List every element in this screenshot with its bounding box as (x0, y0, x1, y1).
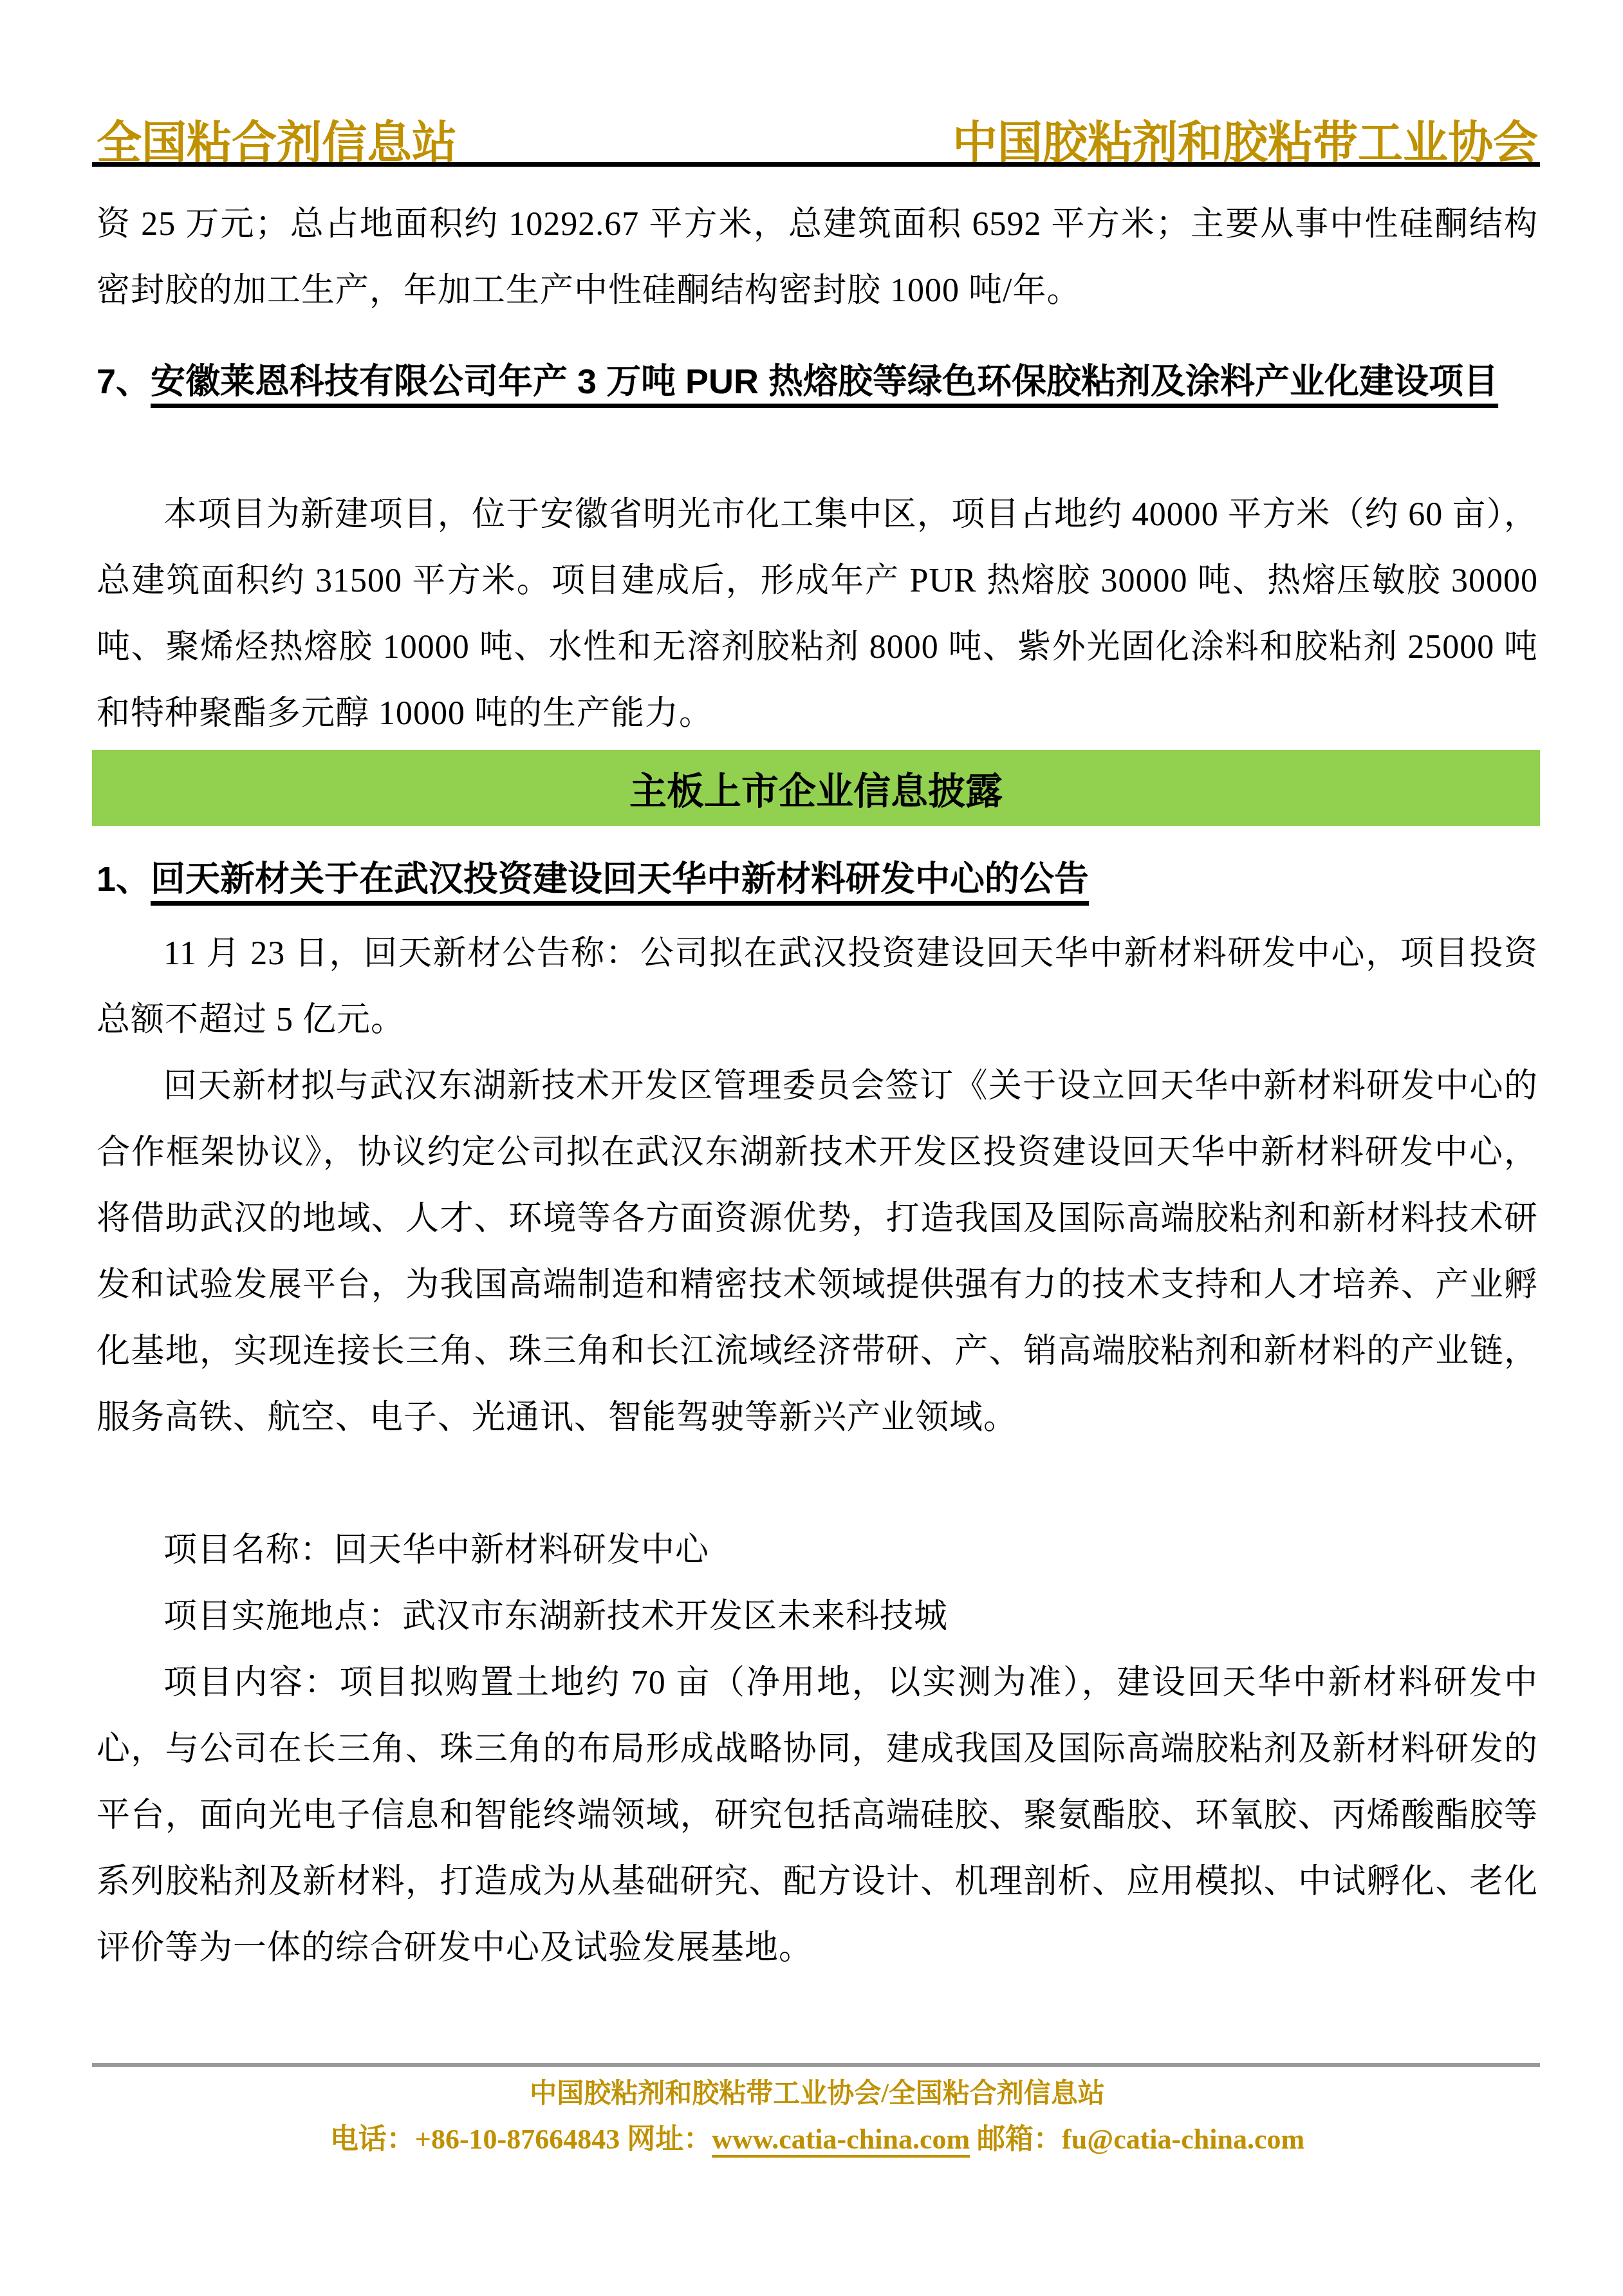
project-location-line: 项目实施地点：武汉市东湖新技术开发区未来科技城 (97, 1583, 1538, 1650)
section-7-body: 本项目为新建项目，位于安徽省明光市化工集中区，项目占地约 40000 平方米（约… (97, 481, 1538, 747)
project-content-paragraph: 项目内容：项目拟购置土地约 70 亩（净用地，以实测为准），建设回天华中新材料研… (97, 1650, 1538, 1981)
intro-paragraph: 资 25 万元；总占地面积约 10292.67 平方米，总建筑面积 6592 平… (97, 191, 1538, 324)
item-1-para-1: 11 月 23 日，回天新材公告称：公司拟在武汉投资建设回天华中新材料研发中心，… (97, 920, 1538, 1053)
footer-organization-line: 中国胶粘剂和胶粘带工业协会/全国粘合剂信息站 (97, 2075, 1538, 2113)
item-1-title: 回天新材关于在武汉投资建设回天华中新材料研发中心的公告 (151, 860, 1089, 899)
item-1-heading: 1、回天新材关于在武汉投资建设回天华中新材料研发中心的公告 (97, 846, 1538, 913)
footer-phone-and-web-label: 电话：+86-10-87664843 网址： (330, 2123, 712, 2155)
banner-title: 主板上市企业信息披露 (629, 761, 1003, 815)
section-7-heading: 7、安徽莱恩科技有限公司年产 3 万吨 PUR 热熔胶等绿色环保胶粘剂及涂料产业… (97, 349, 1538, 415)
project-name-line: 项目名称：回天华中新材料研发中心 (97, 1517, 1538, 1583)
footer-website-link[interactable]: www.catia-china.com (712, 2123, 970, 2155)
section-7-number: 7、 (97, 362, 151, 401)
footer-rule (92, 2063, 1540, 2067)
newsletter-page: 全国粘合剂信息站 中国胶粘剂和胶粘带工业协会 资 25 万元；总占地面积约 10… (0, 0, 1623, 2296)
footer-email-text: 邮箱：fu@catia-china.com (970, 2123, 1304, 2155)
section-7-title: 安徽莱恩科技有限公司年产 3 万吨 PUR 热熔胶等绿色环保胶粘剂及涂料产业化建… (151, 362, 1498, 401)
footer-contact-line: 电话：+86-10-87664843 网址：www.catia-china.co… (97, 2120, 1538, 2159)
item-1-number: 1、 (97, 860, 151, 899)
header-rule (92, 162, 1540, 167)
item-1-para-2: 回天新材拟与武汉东湖新技术开发区管理委员会签订《关于设立回天华中新材料研发中心的… (97, 1053, 1538, 1451)
section-banner: 主板上市企业信息披露 (92, 750, 1540, 826)
